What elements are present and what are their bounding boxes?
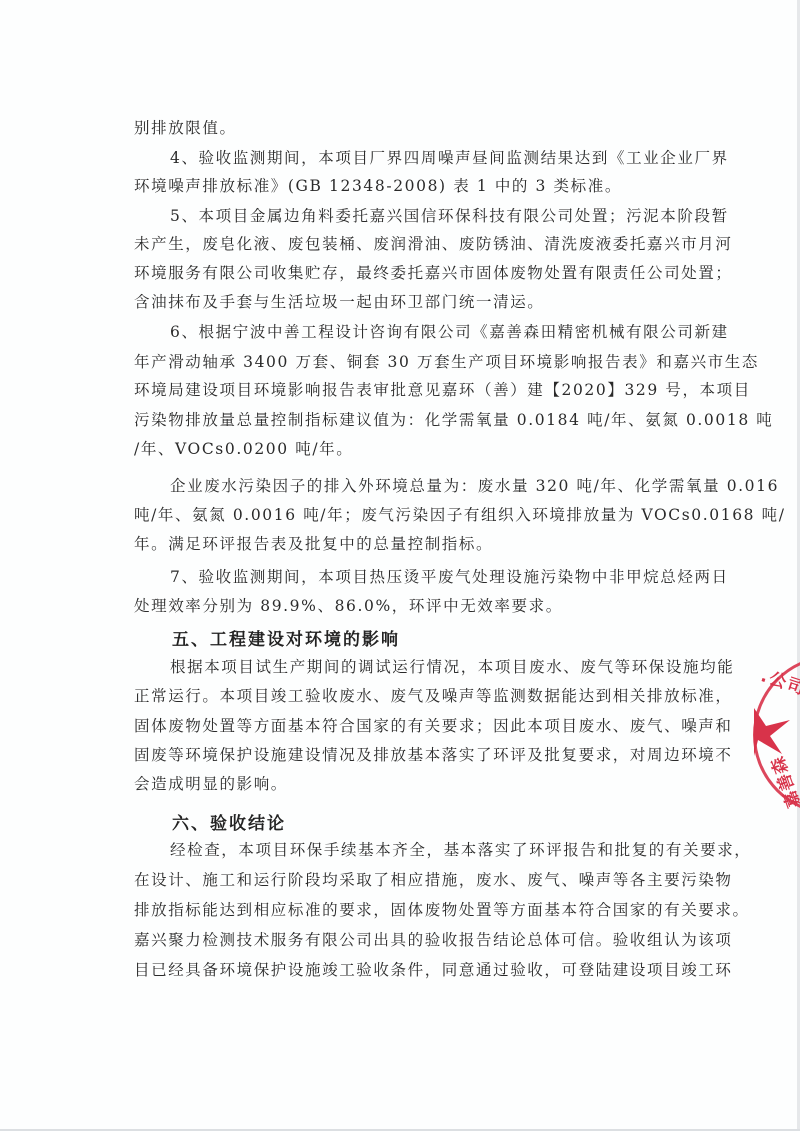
- text-line: 嘉兴聚力检测技术服务有限公司出具的验收报告结论总体可信。验收组认为该项: [134, 930, 666, 950]
- text-line: 4、验收监测期间，本项目厂界四周噪声昼间监测结果达到《工业企业厂界: [170, 148, 666, 168]
- text-line: 污染物排放量总量控制指标建议值为：化学需氧量 0.0184 吨/年、氨氮 0.0…: [134, 410, 666, 430]
- text-line: 环境噪声排放标准》(GB 12348-2008) 表 1 中的 3 类标准。: [134, 176, 666, 196]
- text-line: 吨/年、氨氮 0.0016 吨/年；废气污染因子有组织入环境排放量为 VOCs0…: [134, 505, 666, 525]
- text-line: 年产滑动轴承 3400 万套、铜套 30 万套生产项目环境影响报告表》和嘉兴市生…: [134, 352, 666, 372]
- text-line: 别排放限值。: [134, 118, 666, 138]
- text-line: 在设计、施工和运行阶段均采取了相应措施，废水、废气、噪声等各主要污染物: [134, 870, 666, 890]
- text-line: 根据本项目试生产期间的调试运行情况，本项目废水、废气等环保设施均能: [170, 657, 666, 677]
- text-line: 固废等环境保护设施建设情况及排放基本落实了环评及批复要求，对周边环境不: [134, 745, 666, 765]
- section-heading: 六、验收结论: [172, 809, 286, 834]
- text-line: 经检查，本项目环保手续基本齐全，基本落实了环评报告和批复的有关要求，: [170, 840, 666, 860]
- text-line: 含油抹布及手套与生活垃圾一起由环卫部门统一清运。: [134, 292, 666, 312]
- text-line: 企业废水污染因子的排入外环境总量为：废水量 320 吨/年、化学需氧量 0.01…: [170, 476, 666, 496]
- text-line: /年、VOCs0.0200 吨/年。: [134, 439, 666, 459]
- star-icon: [752, 706, 792, 756]
- text-line: 年。满足环评报告表及批复中的总量控制指标。: [134, 534, 666, 554]
- text-line: 6、根据宁波中善工程设计咨询有限公司《嘉善森田精密机械有限公司新建: [170, 322, 666, 342]
- text-line: 环境服务有限公司收集贮存，最终委托嘉兴市固体废物处置有限责任公司处置；: [134, 263, 666, 283]
- text-line: 处理效率分别为 89.9%、86.0%，环评中无效率要求。: [134, 596, 666, 616]
- text-line: 排放指标能达到相应标准的要求，固体废物处置等方面基本符合国家的有关要求。: [134, 900, 666, 920]
- text-line: 正常运行。本项目竣工验收废水、废气及噪声等监测数据能达到相关排放标准，: [134, 686, 666, 706]
- section-heading: 五、工程建设对环境的影响: [172, 625, 400, 650]
- text-line: 会造成明显的影响。: [134, 774, 666, 794]
- text-line: 目已经具备环境保护设施竣工验收条件，同意通过验收，可登陆建设项目竣工环: [134, 960, 666, 980]
- text-line: 5、本项目金属边角料委托嘉兴国信环保科技有限公司处置；污泥本阶段暂: [170, 206, 666, 226]
- text-line: 环境局建设项目环境影响报告表审批意见嘉环（善）建【2020】329 号，本项目: [134, 380, 666, 400]
- text-line: 固体废物处置等方面基本符合国家的有关要求；因此本项目废水、废气、噪声和: [134, 716, 666, 736]
- text-line: 7、验收监测期间，本项目热压烫平废气处理设施污染物中非甲烷总烃两日: [170, 567, 666, 587]
- text-line: 未产生，废皂化液、废包装桶、废润滑油、废防锈油、清洗废液委托嘉兴市月河: [134, 234, 666, 254]
